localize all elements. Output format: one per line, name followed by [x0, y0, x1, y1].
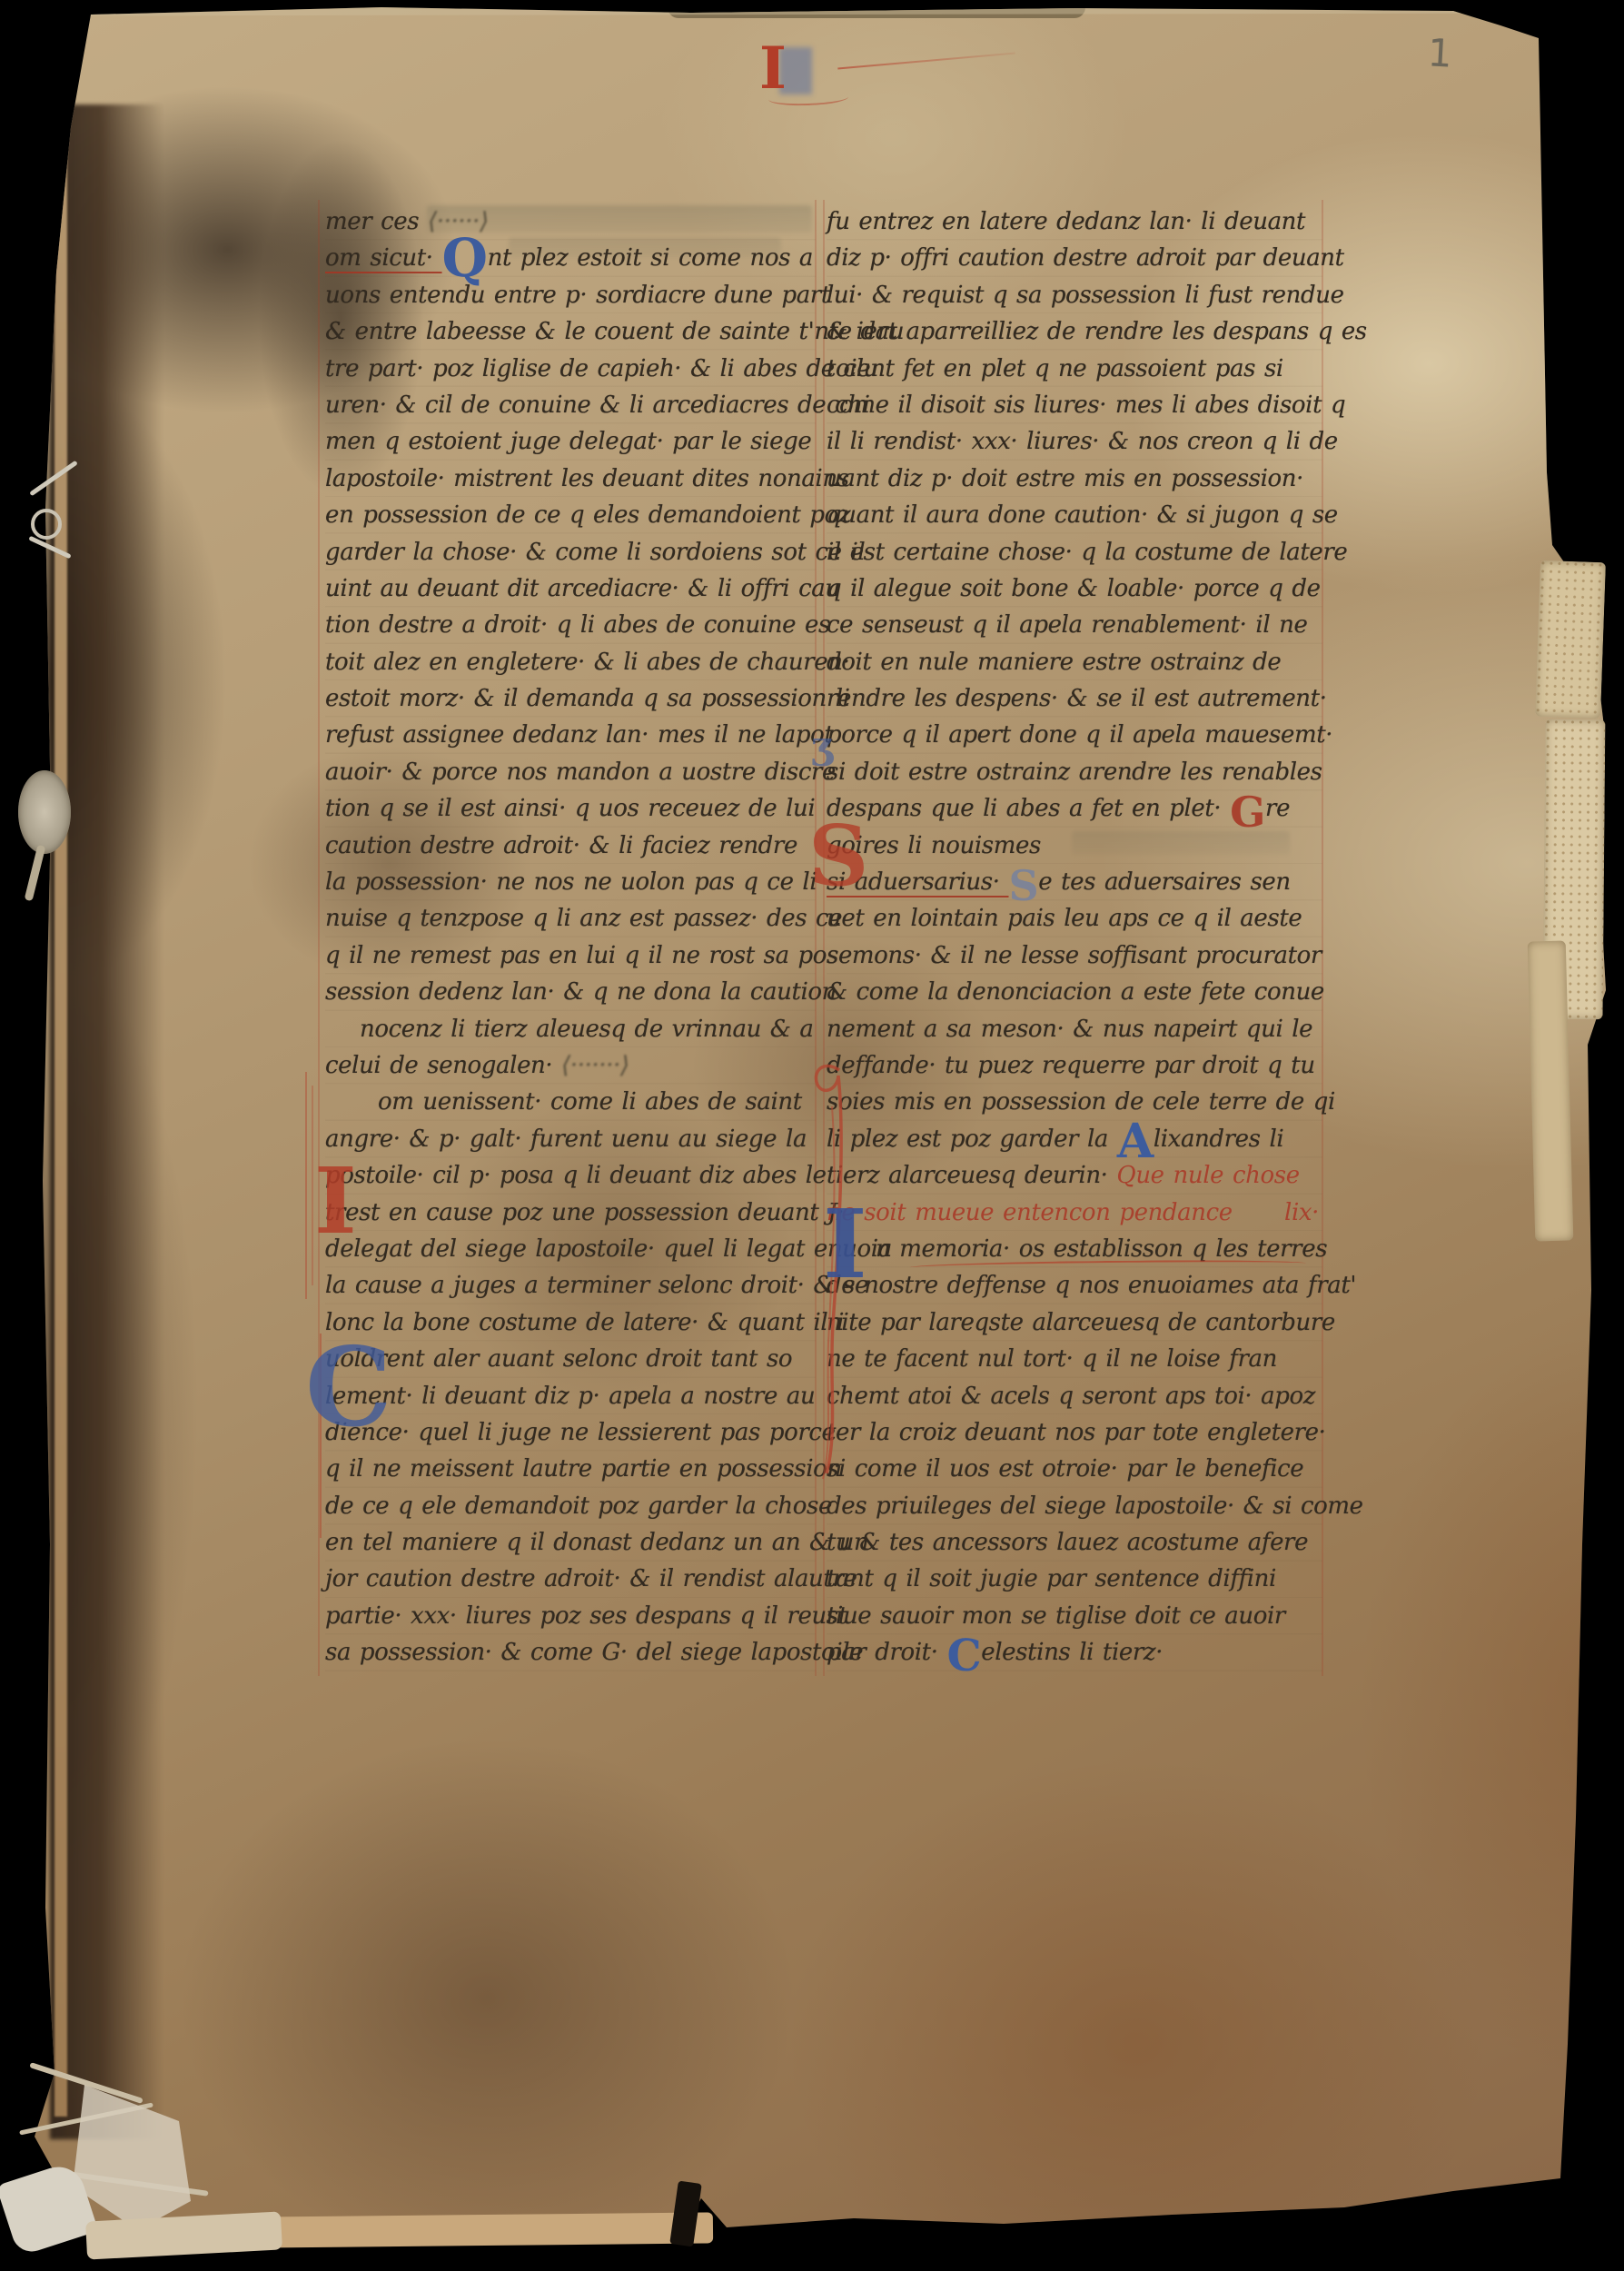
text-line: celui de senogalen· ⟨·······⟩	[325, 1047, 816, 1084]
photo-canvas: mer ces ⟨······⟩om sicut· Qnt plez estoi…	[0, 0, 1624, 2271]
text-line: nite par lareqste alarceuesq de cantorbu…	[827, 1304, 1322, 1341]
binding-cord-tail	[25, 845, 46, 901]
text-segment: trest en cause poz une possession deuant…	[325, 1199, 844, 1226]
text-line: ter la croiz deuant nos par tote englete…	[827, 1414, 1322, 1451]
vellum-repair-patch	[1535, 560, 1606, 719]
text-segment: e tes aduersaires sen	[1038, 868, 1290, 896]
text-line: tierz alarceuesq deurin· Que nule chose	[827, 1157, 1322, 1194]
text-line: si doit estre ostrainz arendre les renab…	[827, 754, 1322, 790]
text-segment: & come la denonciacion a este fete conue	[827, 978, 1324, 1006]
text-line: tre part· poz liglise de capieh· & li ab…	[325, 351, 816, 387]
text-segment: quant il aura done caution· & si jugon q…	[827, 501, 1338, 529]
text-segment: garder la chose· & come li sordoiens sot…	[325, 539, 865, 566]
binding-thread-loop	[31, 509, 62, 540]
text-segment: tion destre a droit· q li abes de conuin…	[325, 611, 830, 639]
text-line: come il disoit sis liures· mes li abes d…	[827, 387, 1322, 423]
text-segment: doit en nule maniere estre ostrainz de	[827, 649, 1281, 676]
text-segment: celui de senogalen·	[325, 1052, 561, 1079]
text-line: estoit morz· & il demanda q sa possessio…	[325, 680, 816, 717]
text-segment: om sicut·	[325, 244, 442, 272]
text-segment: & iert aparreilliez de rendre les despan…	[827, 318, 1367, 345]
text-segment: li plez est poz garder la	[827, 1126, 1117, 1153]
text-column-right: fu entrez en latere dedanz lan· li deuan…	[827, 203, 1322, 1671]
text-line: en possession de ce q eles demandoient p…	[325, 497, 816, 533]
text-line: lement· li deuant diz p· apela a nostre …	[325, 1378, 816, 1414]
text-line: fu entrez en latere dedanz lan· li deuan…	[827, 203, 1322, 240]
text-line: diz p· offri caution destre adroit par d…	[827, 240, 1322, 276]
text-segment: postoile· cil p· posa q li deuant diz ab…	[325, 1162, 827, 1189]
text-segment: uons entendu entre p· sordiacre dune par…	[325, 282, 830, 309]
text-line: semons· & il ne lesse soffisant procurat…	[827, 937, 1322, 974]
text-line: q il ne remest pas en lui q il ne rost s…	[325, 937, 816, 974]
text-line: de ce q ele demandoit poz garder la chos…	[325, 1488, 816, 1524]
text-segment: q il alegue soit bone & loable· porce q …	[827, 575, 1321, 602]
text-segment: chemt atoi & acels q seront aps toi· apo…	[827, 1383, 1315, 1410]
text-line: doit en nule maniere estre ostrainz de	[827, 644, 1322, 680]
text-segment: rendre les despens· & se il est autremen…	[827, 685, 1327, 712]
text-segment: sa possession· & come G· del siege lapos…	[325, 1639, 863, 1666]
text-line: il est certaine chose· q la costume de l…	[827, 534, 1322, 570]
text-line: angre· & p· galt· furent uenu au siege l…	[325, 1121, 816, 1157]
text-segment: soies mis en possession de cele terre de…	[827, 1088, 1335, 1116]
text-line: deffande· tu puez requerre par droit q t…	[827, 1047, 1322, 1084]
text-line: q il alegue soit bone & loable· porce q …	[827, 570, 1322, 607]
text-segment: il est certaine chose· q la costume de l…	[827, 539, 1347, 566]
text-segment: tiue sauoir mon se tiglise doit ce auoir	[827, 1602, 1285, 1630]
text-line: nement a sa meson· & nus napeirt qui le	[827, 1011, 1322, 1047]
text-line: quant il aura done caution· & si jugon q…	[827, 497, 1322, 533]
text-segment: ⟨·······⟩	[561, 1052, 629, 1079]
text-line: jor caution destre adroit· & il rendist …	[325, 1561, 816, 1597]
text-segment: tierz alarceuesq deurin·	[827, 1162, 1116, 1189]
text-line: partie· xxx· liures poz ses despans q il…	[325, 1598, 816, 1634]
text-segment: caution destre adroit· & li faciez rendr…	[325, 832, 797, 859]
text-segment: toient fet en plet q ne passoient pas si	[827, 355, 1283, 382]
text-segment: ter la croiz deuant nos par tote englete…	[827, 1419, 1326, 1446]
text-line: tiue sauoir mon se tiglise doit ce auoir	[827, 1598, 1322, 1634]
text-line: trest en cause poz une possession deuant…	[325, 1195, 816, 1231]
text-line: mer ces ⟨······⟩	[325, 203, 816, 240]
text-line: porce q il apert done q il apela mauesem…	[827, 717, 1322, 753]
text-segment: & entre labeesse & le couent de sainte t…	[325, 318, 904, 345]
text-line: nuise q tenzpose q li anz est passez· de…	[325, 900, 816, 937]
text-segment: lonc la bone costume de latere· & quant …	[325, 1309, 844, 1336]
text-segment: semons· & il ne lesse soffisant procurat…	[827, 942, 1322, 969]
text-segment: ce senseust q il apela renablement· il n…	[827, 611, 1307, 639]
initial-i-blue-margin: I	[823, 1197, 867, 1292]
text-line: garder la chose· & come li sordoiens sot…	[325, 534, 816, 570]
text-line: chemt atoi & acels q seront aps toi· apo…	[827, 1378, 1322, 1414]
text-line: li plez est poz garder la Alixandres li	[827, 1121, 1322, 1157]
blue-paraph-hook: ʒ	[811, 727, 833, 765]
text-line: lonc la bone costume de latere· & quant …	[325, 1304, 816, 1341]
text-segment: men q estoient juge delegat· par le sieg…	[325, 428, 811, 455]
text-segment: des priuileges del siege lapostoile· & s…	[827, 1493, 1363, 1520]
initial-i-red-margin: I	[314, 1155, 357, 1246]
text-line: uoldrent aler auant selonc droit tant so	[325, 1341, 816, 1377]
text-segment: lui· & requist q sa possession li fust r…	[827, 282, 1344, 309]
text-segment: il li rendist· xxx· liures· & nos creon …	[827, 428, 1338, 455]
text-segment: session dedenz lan· & q ne dona la cauti…	[325, 978, 837, 1006]
text-line: tu & tes ancessors lauez acostume afere	[827, 1524, 1322, 1561]
folio-number: 1	[1427, 30, 1453, 75]
text-line: uet en lointain pais leu aps ce q il aes…	[827, 900, 1322, 937]
text-line: soies mis en possession de cele terre de…	[827, 1084, 1322, 1120]
text-line: de nostre deffense q nos enuoiames ata f…	[827, 1267, 1322, 1304]
text-segment: Que nule chose	[1116, 1162, 1299, 1189]
text-segment: fu entrez en latere dedanz lan· li deuan…	[827, 208, 1305, 235]
text-line: & entre labeesse & le couent de sainte t…	[325, 313, 816, 350]
text-line: ne te facent nul tort· q il ne loise fra…	[827, 1341, 1322, 1377]
text-segment: nuise q tenzpose q li anz est passez· de…	[325, 905, 842, 932]
text-line: uint au deuant dit arcediacre· & li offr…	[325, 570, 816, 607]
text-segment: diz p· offri caution destre adroit par d…	[827, 244, 1344, 272]
text-segment: la cause a juges a terminer selonc droit…	[325, 1272, 868, 1299]
text-line: la cause a juges a terminer selonc droit…	[325, 1267, 816, 1304]
text-line: refust assignee dedanz lan· mes il ne la…	[325, 717, 816, 753]
text-segment: q il ne meissent lautre partie en posses…	[325, 1455, 842, 1483]
text-segment: estoit morz· & il demanda q sa possessio…	[325, 685, 850, 712]
text-segment: os establisson q les terres	[1019, 1235, 1327, 1263]
parchment-page: mer ces ⟨······⟩om sicut· Qnt plez estoi…	[0, 0, 1624, 2271]
text-segment: si come il uos est otroie· par le benefi…	[827, 1455, 1303, 1483]
text-line: ce senseust q il apela renablement· il n…	[827, 607, 1322, 643]
text-line: toient fet en plet q ne passoient pas si	[827, 351, 1322, 387]
red-margin-rule	[305, 1072, 307, 1299]
text-line: lapostoile· mistrent les deuant dites no…	[325, 461, 816, 497]
text-segment: en possession de ce q eles demandoient p…	[325, 501, 850, 529]
text-line: postoile· cil p· posa q li deuant diz ab…	[325, 1157, 816, 1194]
text-segment: nt plez estoit si come nos a	[488, 244, 813, 272]
red-pen-line	[837, 52, 1015, 69]
text-line: om uenissent· come li abes de saint	[325, 1084, 816, 1120]
text-line: des priuileges del siege lapostoile· & s…	[827, 1488, 1322, 1524]
text-segment: nocenz li tierz aleuesq de vrinnau & a	[360, 1016, 814, 1043]
text-segment: ne te facent nul tort· q il ne loise fra…	[827, 1345, 1277, 1373]
text-line: auoir· & porce nos mandon a uostre discr…	[325, 754, 816, 790]
text-segment: uoldrent aler auant selonc droit tant so	[325, 1345, 792, 1373]
text-segment: angre· & p· galt· furent uenu au siege l…	[325, 1126, 807, 1153]
text-line: toit alez en engletere· & li abes de cha…	[325, 644, 816, 680]
text-segment: nite par lareqste alarceuesq de cantorbu…	[827, 1309, 1335, 1336]
text-segment: lapostoile· mistrent les deuant dites no…	[325, 465, 849, 492]
text-line: uren· & cil de conuine & li arcediacres …	[325, 387, 816, 423]
text-segment: tion q se il est ainsi· q uos receuez de…	[325, 795, 815, 822]
text-line: il li rendist· xxx· liures· & nos creon …	[827, 423, 1322, 460]
text-segment: de ce q ele demandoit poz garder la chos…	[325, 1493, 832, 1520]
text-segment: uint au deuant dit arcediacre· & li offr…	[325, 575, 840, 602]
text-segment: elestins li tierz·	[981, 1639, 1163, 1666]
text-segment: q il ne remest pas en lui q il ne rost s…	[325, 942, 838, 969]
binding-spine-edge	[54, 118, 67, 2117]
text-segment: dience· quel li juge ne lessierent pas p…	[325, 1419, 836, 1446]
text-segment: come il disoit sis liures· mes li abes d…	[827, 392, 1345, 419]
red-margin-rule	[312, 1086, 313, 1285]
text-line: par droit· Celestins li tierz·	[827, 1634, 1322, 1671]
text-segment: C	[946, 1631, 981, 1681]
text-segment: jor caution destre adroit· & il rendist …	[325, 1565, 857, 1592]
text-segment: uren· & cil de conuine & li arcediacres …	[325, 392, 870, 419]
binding-cord-knot	[18, 770, 71, 854]
text-segment: toit alez en engletere· & li abes de cha…	[325, 649, 849, 676]
vellum-edge-flap	[1528, 941, 1574, 1242]
page-top-edge-highlight	[86, 5, 1530, 16]
underlying-leaf-edge	[259, 2212, 713, 2247]
text-line: goires li nouismes	[827, 828, 1322, 864]
text-line: men q estoient juge delegat· par le sieg…	[325, 423, 816, 460]
text-segment: nement a sa meson· & nus napeirt qui le	[827, 1016, 1312, 1043]
text-line: uant diz p· doit estre mis en possession…	[827, 461, 1322, 497]
text-line: tion destre a droit· q li abes de conuin…	[325, 607, 816, 643]
text-segment: n memoria·	[876, 1235, 1019, 1263]
text-segment: lement· li deuant diz p· apela a nostre …	[325, 1383, 815, 1410]
text-segment: uant diz p· doit estre mis en possession…	[827, 465, 1303, 492]
text-line: sa possession· & come G· del siege lapos…	[325, 1634, 816, 1671]
text-line: q il ne meissent lautre partie en posses…	[325, 1451, 816, 1487]
text-segment: tre part· poz liglise de capieh· & li ab…	[325, 355, 878, 382]
text-line: caution destre adroit· & li faciez rendr…	[325, 828, 816, 864]
text-line: ne soit mueue entencon pendancelix·	[827, 1195, 1322, 1231]
text-line: uons entendu entre p· sordiacre dune par…	[325, 277, 816, 313]
text-line: session dedenz lan· & q ne dona la cauti…	[325, 974, 816, 1010]
text-segment: tant q il soit jugie par sentence diffin…	[827, 1565, 1276, 1592]
text-segment: auoir· & porce nos mandon a uostre discr…	[325, 759, 836, 786]
text-line: si aduersarius· Se tes aduersaires sen	[827, 864, 1322, 900]
text-segment: porce q il apert done q il apela mauesem…	[827, 721, 1332, 749]
text-segment: re	[1265, 795, 1290, 822]
text-segment: uet en lointain pais leu aps ce q il aes…	[827, 905, 1302, 932]
text-line: & come la denonciacion a este fete conue	[827, 974, 1322, 1010]
text-segment: de nostre deffense q nos enuoiames ata f…	[827, 1272, 1356, 1299]
text-line: tion q se il est ainsi· q uos receuez de…	[325, 790, 816, 827]
initial-s-red-margin: S	[808, 814, 868, 897]
text-column-left: mer ces ⟨······⟩om sicut· Qnt plez estoi…	[325, 203, 816, 1671]
text-segment: tu & tes ancessors lauez acostume afere	[827, 1529, 1308, 1556]
text-segment: si doit estre ostrainz arendre les renab…	[827, 759, 1322, 786]
text-segment: om uenissent· come li abes de saint	[378, 1088, 802, 1116]
text-line: en tel maniere q il donast dedanz un an …	[325, 1524, 816, 1561]
text-segment: partie· xxx· liures poz ses despans q il…	[325, 1602, 847, 1630]
text-line: nocenz li tierz aleuesq de vrinnau & a	[325, 1011, 816, 1047]
text-line: dience· quel li juge ne lessierent pas p…	[325, 1414, 816, 1451]
text-line: & iert aparreilliez de rendre les despan…	[827, 313, 1322, 350]
text-segment: despans que li abes a fet en plet·	[827, 795, 1230, 822]
text-line: tant q il soit jugie par sentence diffin…	[827, 1561, 1322, 1597]
text-line: om sicut· Qnt plez estoit si come nos a	[325, 240, 816, 276]
initial-c-blue-margin: C	[305, 1334, 392, 1443]
text-line: delegat del siege lapostoile· quel li le…	[325, 1231, 816, 1267]
text-segment: par droit·	[827, 1639, 946, 1666]
text-segment: mer ces	[325, 208, 428, 235]
text-segment: ne soit mueue entencon pendance	[827, 1195, 1233, 1231]
text-segment: deffande· tu puez requerre par droit q t…	[827, 1052, 1315, 1079]
text-segment: lix·	[1284, 1195, 1319, 1231]
text-line: si come il uos est otroie· par le benefi…	[827, 1451, 1322, 1487]
text-segment: refust assignee dedanz lan· mes il ne la…	[325, 721, 833, 749]
text-line: despans que li abes a fet en plet· Gre	[827, 790, 1322, 827]
text-segment: en tel maniere q il donast dedanz un an …	[325, 1529, 868, 1556]
text-line: la possession· ne nos ne uolon pas q ce …	[325, 864, 816, 900]
text-line: rendre les despens· & se il est autremen…	[827, 680, 1322, 717]
text-line: lui· & requist q sa possession li fust r…	[827, 277, 1322, 313]
text-segment: lixandres li	[1154, 1126, 1283, 1153]
text-segment: la possession· ne nos ne uolon pas q ce …	[325, 868, 817, 896]
